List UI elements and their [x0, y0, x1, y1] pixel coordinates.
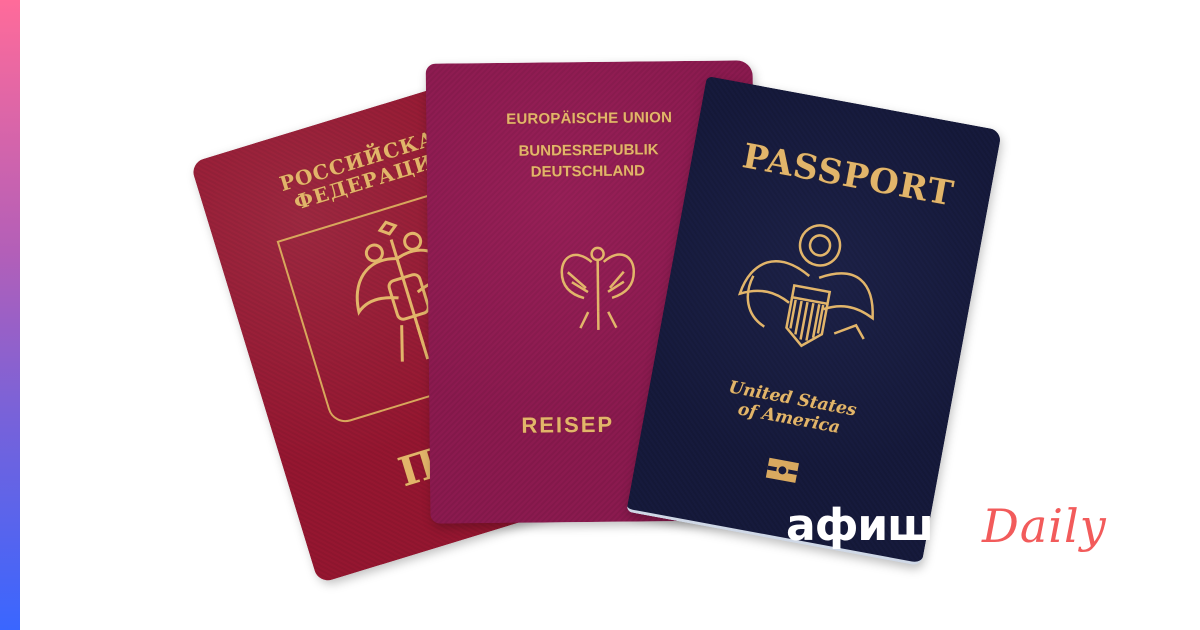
- germany-republic-text: BUNDESREPUBLIK: [518, 141, 658, 159]
- germany-bottom-text: REISEP: [521, 412, 614, 439]
- great-seal-icon: [719, 203, 894, 378]
- afisha-daily-logo[interactable]: афиш Daily: [786, 496, 933, 556]
- germany-union-text: EUROPÄISCHE UNION: [506, 109, 672, 128]
- logo-afisha-text: афиш: [786, 496, 933, 556]
- logo-daily-text: Daily: [982, 496, 1107, 556]
- germany-country-text: DEUTSCHLAND: [531, 162, 645, 180]
- federal-eagle-icon: [557, 242, 638, 333]
- us-country-name: United States of America: [723, 377, 858, 440]
- us-passport-title: PASSPORT: [739, 136, 957, 214]
- biometric-chip-icon: [765, 457, 800, 484]
